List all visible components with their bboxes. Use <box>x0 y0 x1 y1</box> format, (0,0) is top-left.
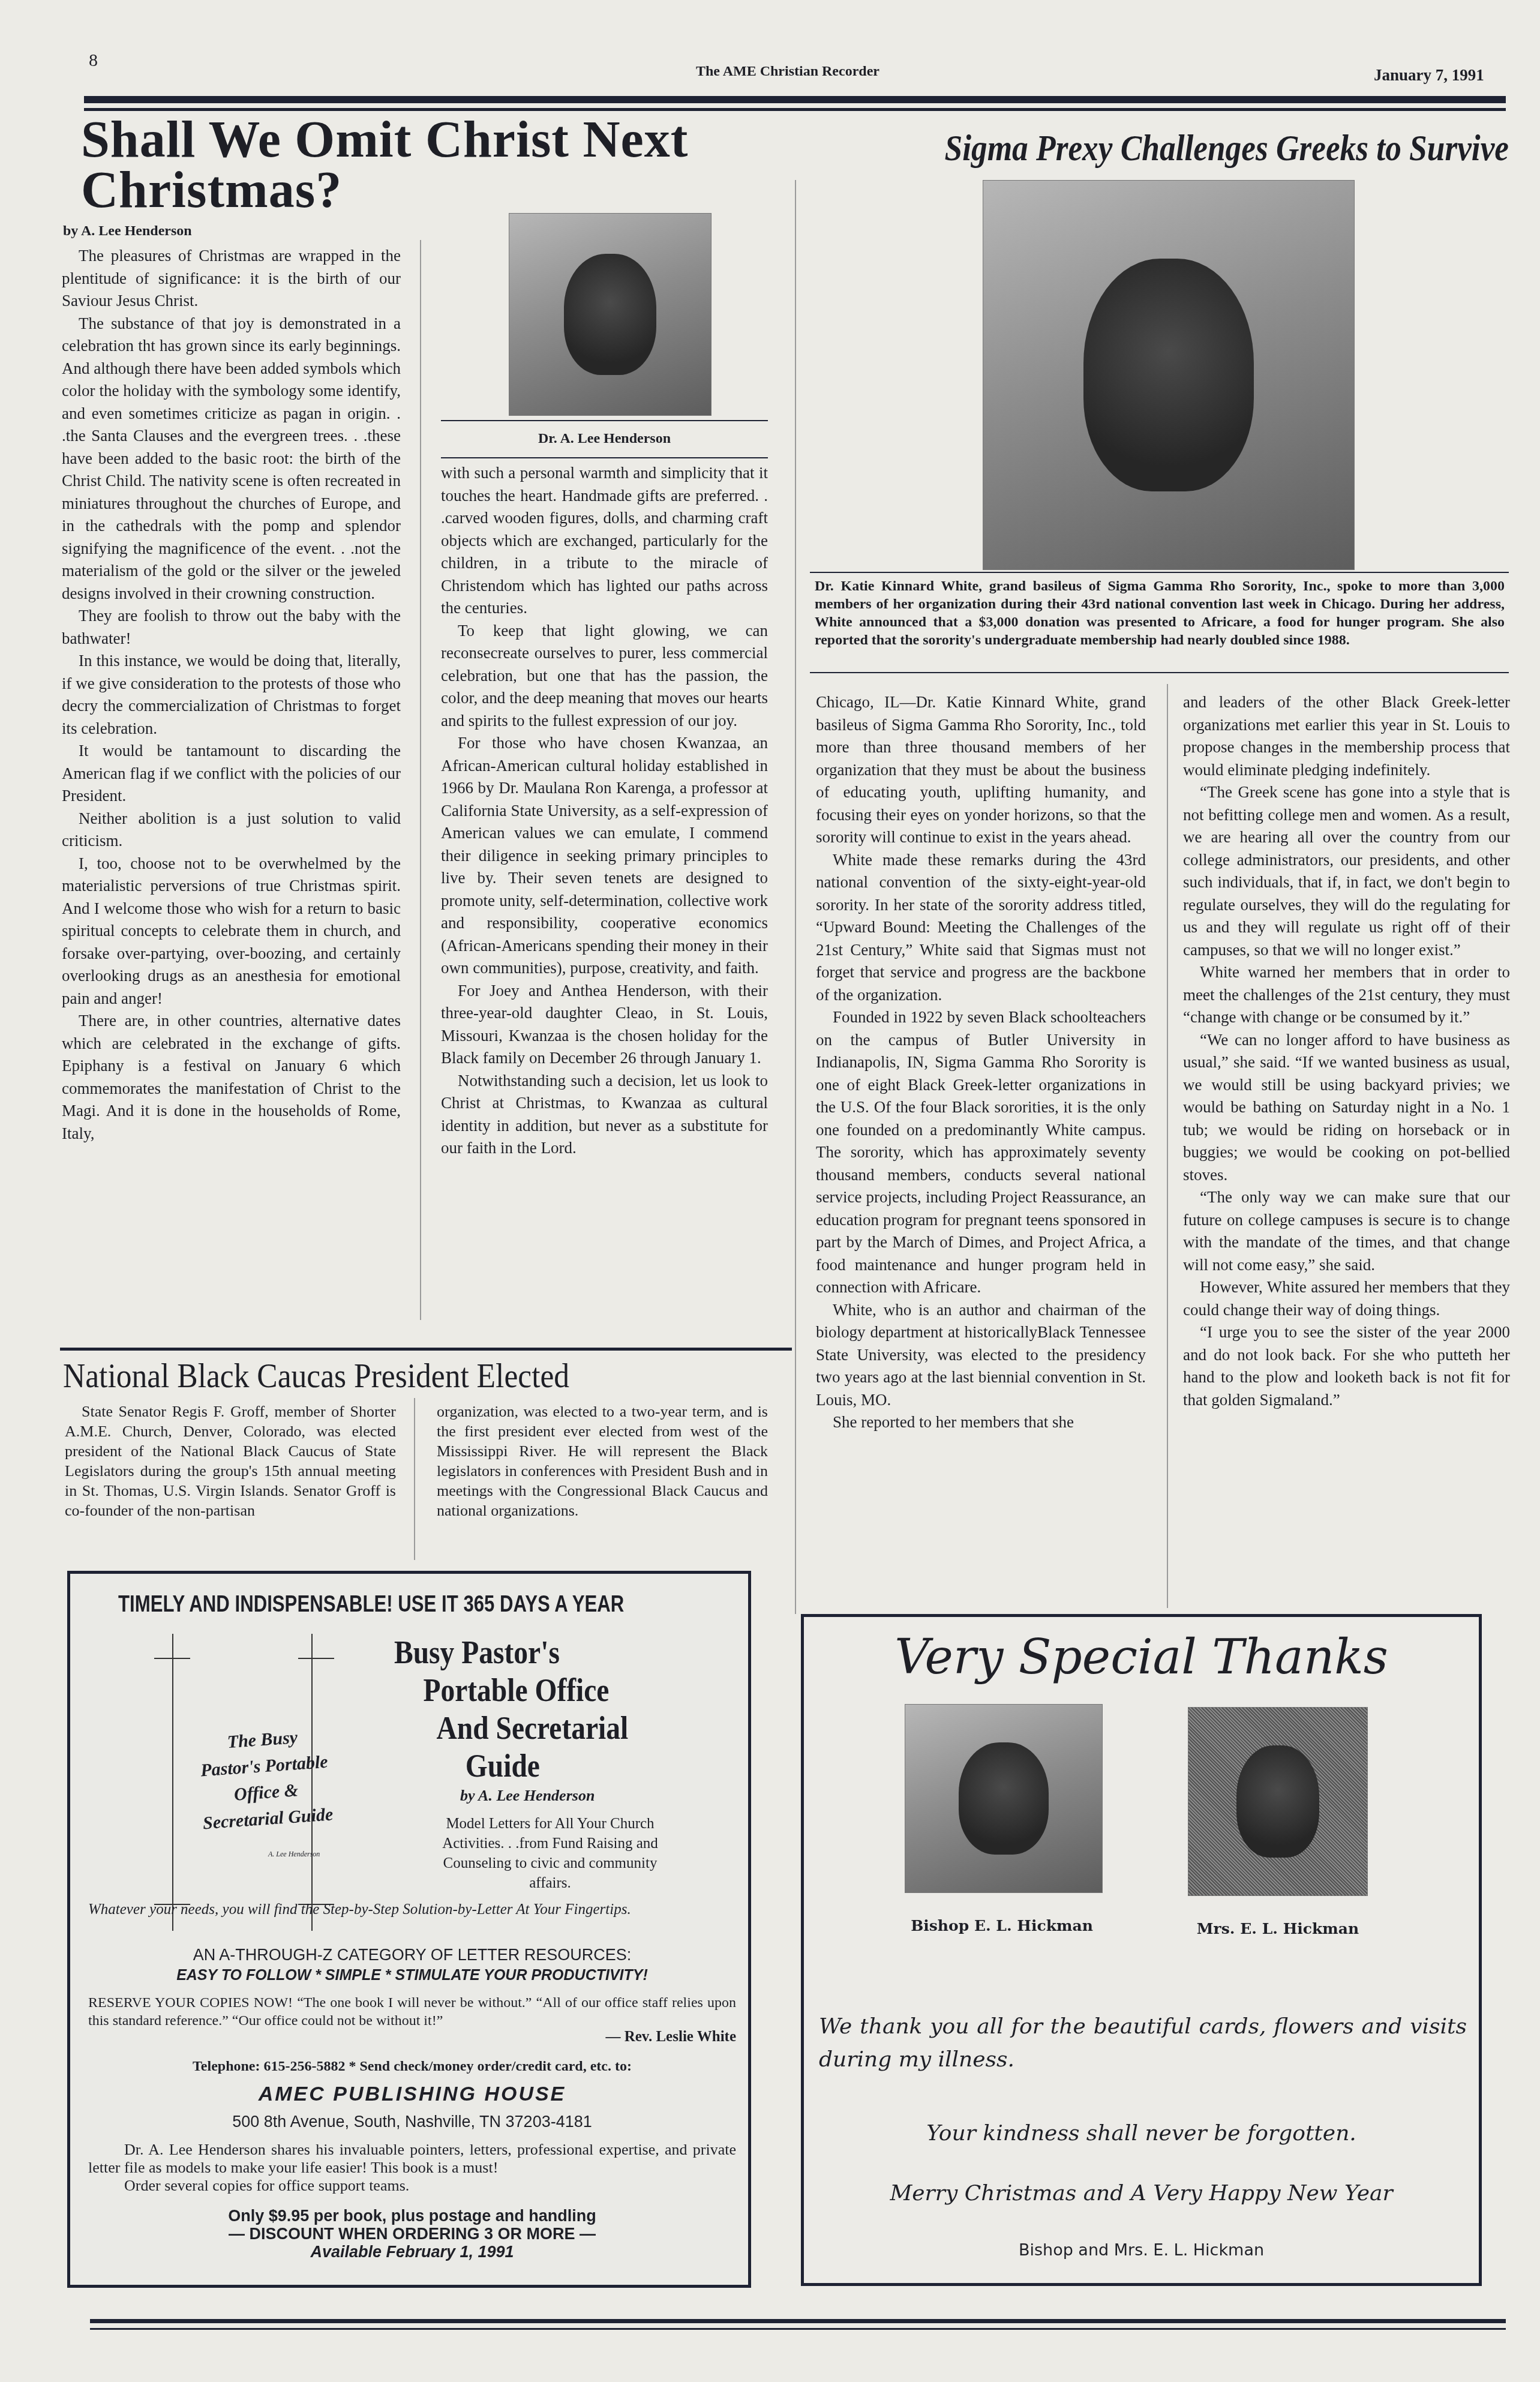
section-rule <box>60 1348 792 1351</box>
ad-availability: Available February 1, 1991 <box>88 2243 736 2261</box>
caucus-headline: National Black Caucas President Elected <box>63 1357 569 1396</box>
mrs-hickman-caption: Mrs. E. L. Hickman <box>1176 1920 1380 1937</box>
caucus-column-2: organization, was elected to a two-year … <box>437 1402 768 1520</box>
book-cover-title: The Busy Pastor's Portable Office & Secr… <box>196 1723 335 1837</box>
caption-rule <box>810 572 1509 573</box>
paragraph: The substance of that joy is demonstrate… <box>62 313 401 605</box>
paragraph: It would be tantamount to discarding the… <box>62 740 401 808</box>
masthead: The AME Christian Recorder <box>696 64 879 80</box>
ad-tagline: Whatever your needs, you will find the S… <box>88 1901 736 1919</box>
sigma-column-2: and leaders of the other Black Greek-let… <box>1183 691 1510 1411</box>
paragraph: Neither abolition is a just solution to … <box>62 808 401 853</box>
ad-testimonials: RESERVE YOUR COPIES NOW! “The one book I… <box>88 1994 736 2030</box>
paragraph: However, White assured her members that … <box>1183 1276 1510 1321</box>
paragraph: There are, in other countries, alternati… <box>62 1010 401 1145</box>
ad-telephone: Telephone: 615-256-5882 * Send check/mon… <box>88 2059 736 2075</box>
title-line: Portable Office <box>394 1672 628 1709</box>
portrait-silhouette <box>1236 1745 1319 1858</box>
ad-byline: by A. Lee Henderson <box>460 1787 595 1805</box>
ad-model-letters: Model Letters for All Your Church Activi… <box>430 1814 670 1893</box>
paragraph: For Joey and Anthea Henderson, with thei… <box>441 980 768 1070</box>
header-rule <box>84 96 1506 103</box>
christmas-column-middle: with such a personal warmth and simplici… <box>441 462 768 1160</box>
henderson-photo-caption: Dr. A. Lee Henderson <box>441 431 768 447</box>
caption-rule <box>441 457 768 458</box>
paragraph: Order several copies for office support … <box>88 2177 736 2195</box>
paragraph: and leaders of the other Black Greek-let… <box>1183 691 1510 781</box>
paragraph: organization, was elected to a two-year … <box>437 1402 768 1520</box>
paragraph: In this instance, we would be doing that… <box>62 650 401 740</box>
henderson-photo <box>509 213 712 416</box>
christmas-headline: Shall We Omit Christ Next Christmas? <box>81 114 759 215</box>
paragraph: Dr. A. Lee Henderson shares his invaluab… <box>88 2141 736 2177</box>
paragraph: “I urge you to see the sister of the yea… <box>1183 1321 1510 1411</box>
ad-book-title: Busy Pastor's Portable Office And Secret… <box>394 1634 628 1785</box>
caption-rule <box>441 420 768 421</box>
portrait-silhouette <box>1083 259 1254 492</box>
caucus-column-1: State Senator Regis F. Groff, member of … <box>65 1402 396 1520</box>
column-divider <box>795 180 796 1614</box>
paragraph: “The only way we can make sure that our … <box>1183 1186 1510 1276</box>
title-line: Guide <box>394 1747 628 1785</box>
footer-rule <box>90 2319 1506 2323</box>
sigma-photo-caption: Dr. Katie Kinnard White, grand basileus … <box>815 577 1505 649</box>
ad-price: Only $9.95 per book, plus postage and ha… <box>88 2207 736 2225</box>
ad-pricing: Only $9.95 per book, plus postage and ha… <box>88 2207 736 2261</box>
column-divider <box>420 240 421 1320</box>
column-divider <box>414 1398 415 1560</box>
book-cover-author: A. Lee Henderson <box>268 1850 320 1859</box>
ad-headline: TIMELY AND INDISPENSABLE! USE IT 365 DAY… <box>118 1592 624 1618</box>
bishop-photo <box>905 1704 1103 1893</box>
katie-white-photo <box>983 180 1355 570</box>
paragraph: For those who have chosen Kwanzaa, an Af… <box>441 732 768 980</box>
page-number: 8 <box>89 50 98 71</box>
christmas-byline: by A. Lee Henderson <box>63 223 192 239</box>
ad-a-to-z: AN A-THROUGH-Z CATEGORY OF LETTER RESOUR… <box>106 1946 718 1964</box>
paragraph: White made these remarks during the 43rd… <box>816 849 1146 1007</box>
issue-date: January 7, 1991 <box>1374 66 1484 85</box>
thanks-greeting: Merry Christmas and A Very Happy New Yea… <box>804 2181 1479 2206</box>
footer-rule-thin <box>90 2328 1506 2330</box>
paragraph: “The Greek scene has gone into a style t… <box>1183 781 1510 961</box>
ad-attribution: — Rev. Leslie White <box>88 2029 736 2045</box>
mrs-hickman-photo <box>1188 1707 1368 1896</box>
thanks-signature: Bishop and Mrs. E. L. Hickman <box>804 2241 1479 2260</box>
paragraph: White, who is an author and chairman of … <box>816 1299 1146 1412</box>
thank-you-notice: Very Special Thanks Bishop E. L. Hickman… <box>801 1614 1482 2286</box>
column-divider <box>1167 684 1168 1608</box>
bishop-caption: Bishop E. L. Hickman <box>894 1917 1110 1934</box>
paragraph: Founded in 1922 by seven Black schooltea… <box>816 1006 1146 1299</box>
paragraph: The pleasures of Christmas are wrapped i… <box>62 245 401 313</box>
ad-publisher: AMEC PUBLISHING HOUSE <box>88 2083 736 2106</box>
ad-address: 500 8th Avenue, South, Nashville, TN 372… <box>88 2113 736 2131</box>
book-advertisement: TIMELY AND INDISPENSABLE! USE IT 365 DAY… <box>67 1571 751 2288</box>
paragraph: I, too, choose not to be overwhelmed by … <box>62 853 401 1010</box>
paragraph: To keep that light glowing, we can recon… <box>441 620 768 733</box>
paragraph: She reported to her members that she <box>816 1411 1146 1434</box>
christmas-column-left: The pleasures of Christmas are wrapped i… <box>62 245 401 1145</box>
crop-mark <box>298 1658 334 1659</box>
paragraph: “We can no longer afford to have busines… <box>1183 1029 1510 1187</box>
paragraph: Notwithstanding such a decision, let us … <box>441 1070 768 1160</box>
title-line: And Secretarial <box>394 1709 628 1747</box>
portrait-silhouette <box>564 254 657 375</box>
thanks-title: Very Special Thanks <box>804 1629 1479 1685</box>
sigma-headline: Sigma Prexy Challenges Greeks to Survive <box>915 127 1509 170</box>
crop-mark <box>154 1658 190 1659</box>
thanks-kindness: Your kindness shall never be forgotten. <box>804 2121 1479 2146</box>
paragraph: Chicago, IL—Dr. Katie Kinnard White, gra… <box>816 691 1146 849</box>
paragraph: White warned her members that in order t… <box>1183 961 1510 1029</box>
paragraph: They are foolish to throw out the baby w… <box>62 605 401 650</box>
sigma-column-1: Chicago, IL—Dr. Katie Kinnard White, gra… <box>816 691 1146 1434</box>
ad-easy: EASY TO FOLLOW * SIMPLE * STIMULATE YOUR… <box>88 1967 736 1984</box>
paragraph: State Senator Regis F. Groff, member of … <box>65 1402 396 1520</box>
title-line: Busy Pastor's <box>394 1634 628 1672</box>
caption-rule <box>810 672 1509 673</box>
portrait-silhouette <box>959 1742 1049 1855</box>
thanks-message: We thank you all for the beautiful cards… <box>819 2010 1467 2076</box>
paragraph: with such a personal warmth and simplici… <box>441 462 768 620</box>
ad-description: Dr. A. Lee Henderson shares his invaluab… <box>88 2141 736 2195</box>
ad-discount: — DISCOUNT WHEN ORDERING 3 OR MORE — <box>88 2225 736 2243</box>
crop-mark <box>172 1634 173 1931</box>
